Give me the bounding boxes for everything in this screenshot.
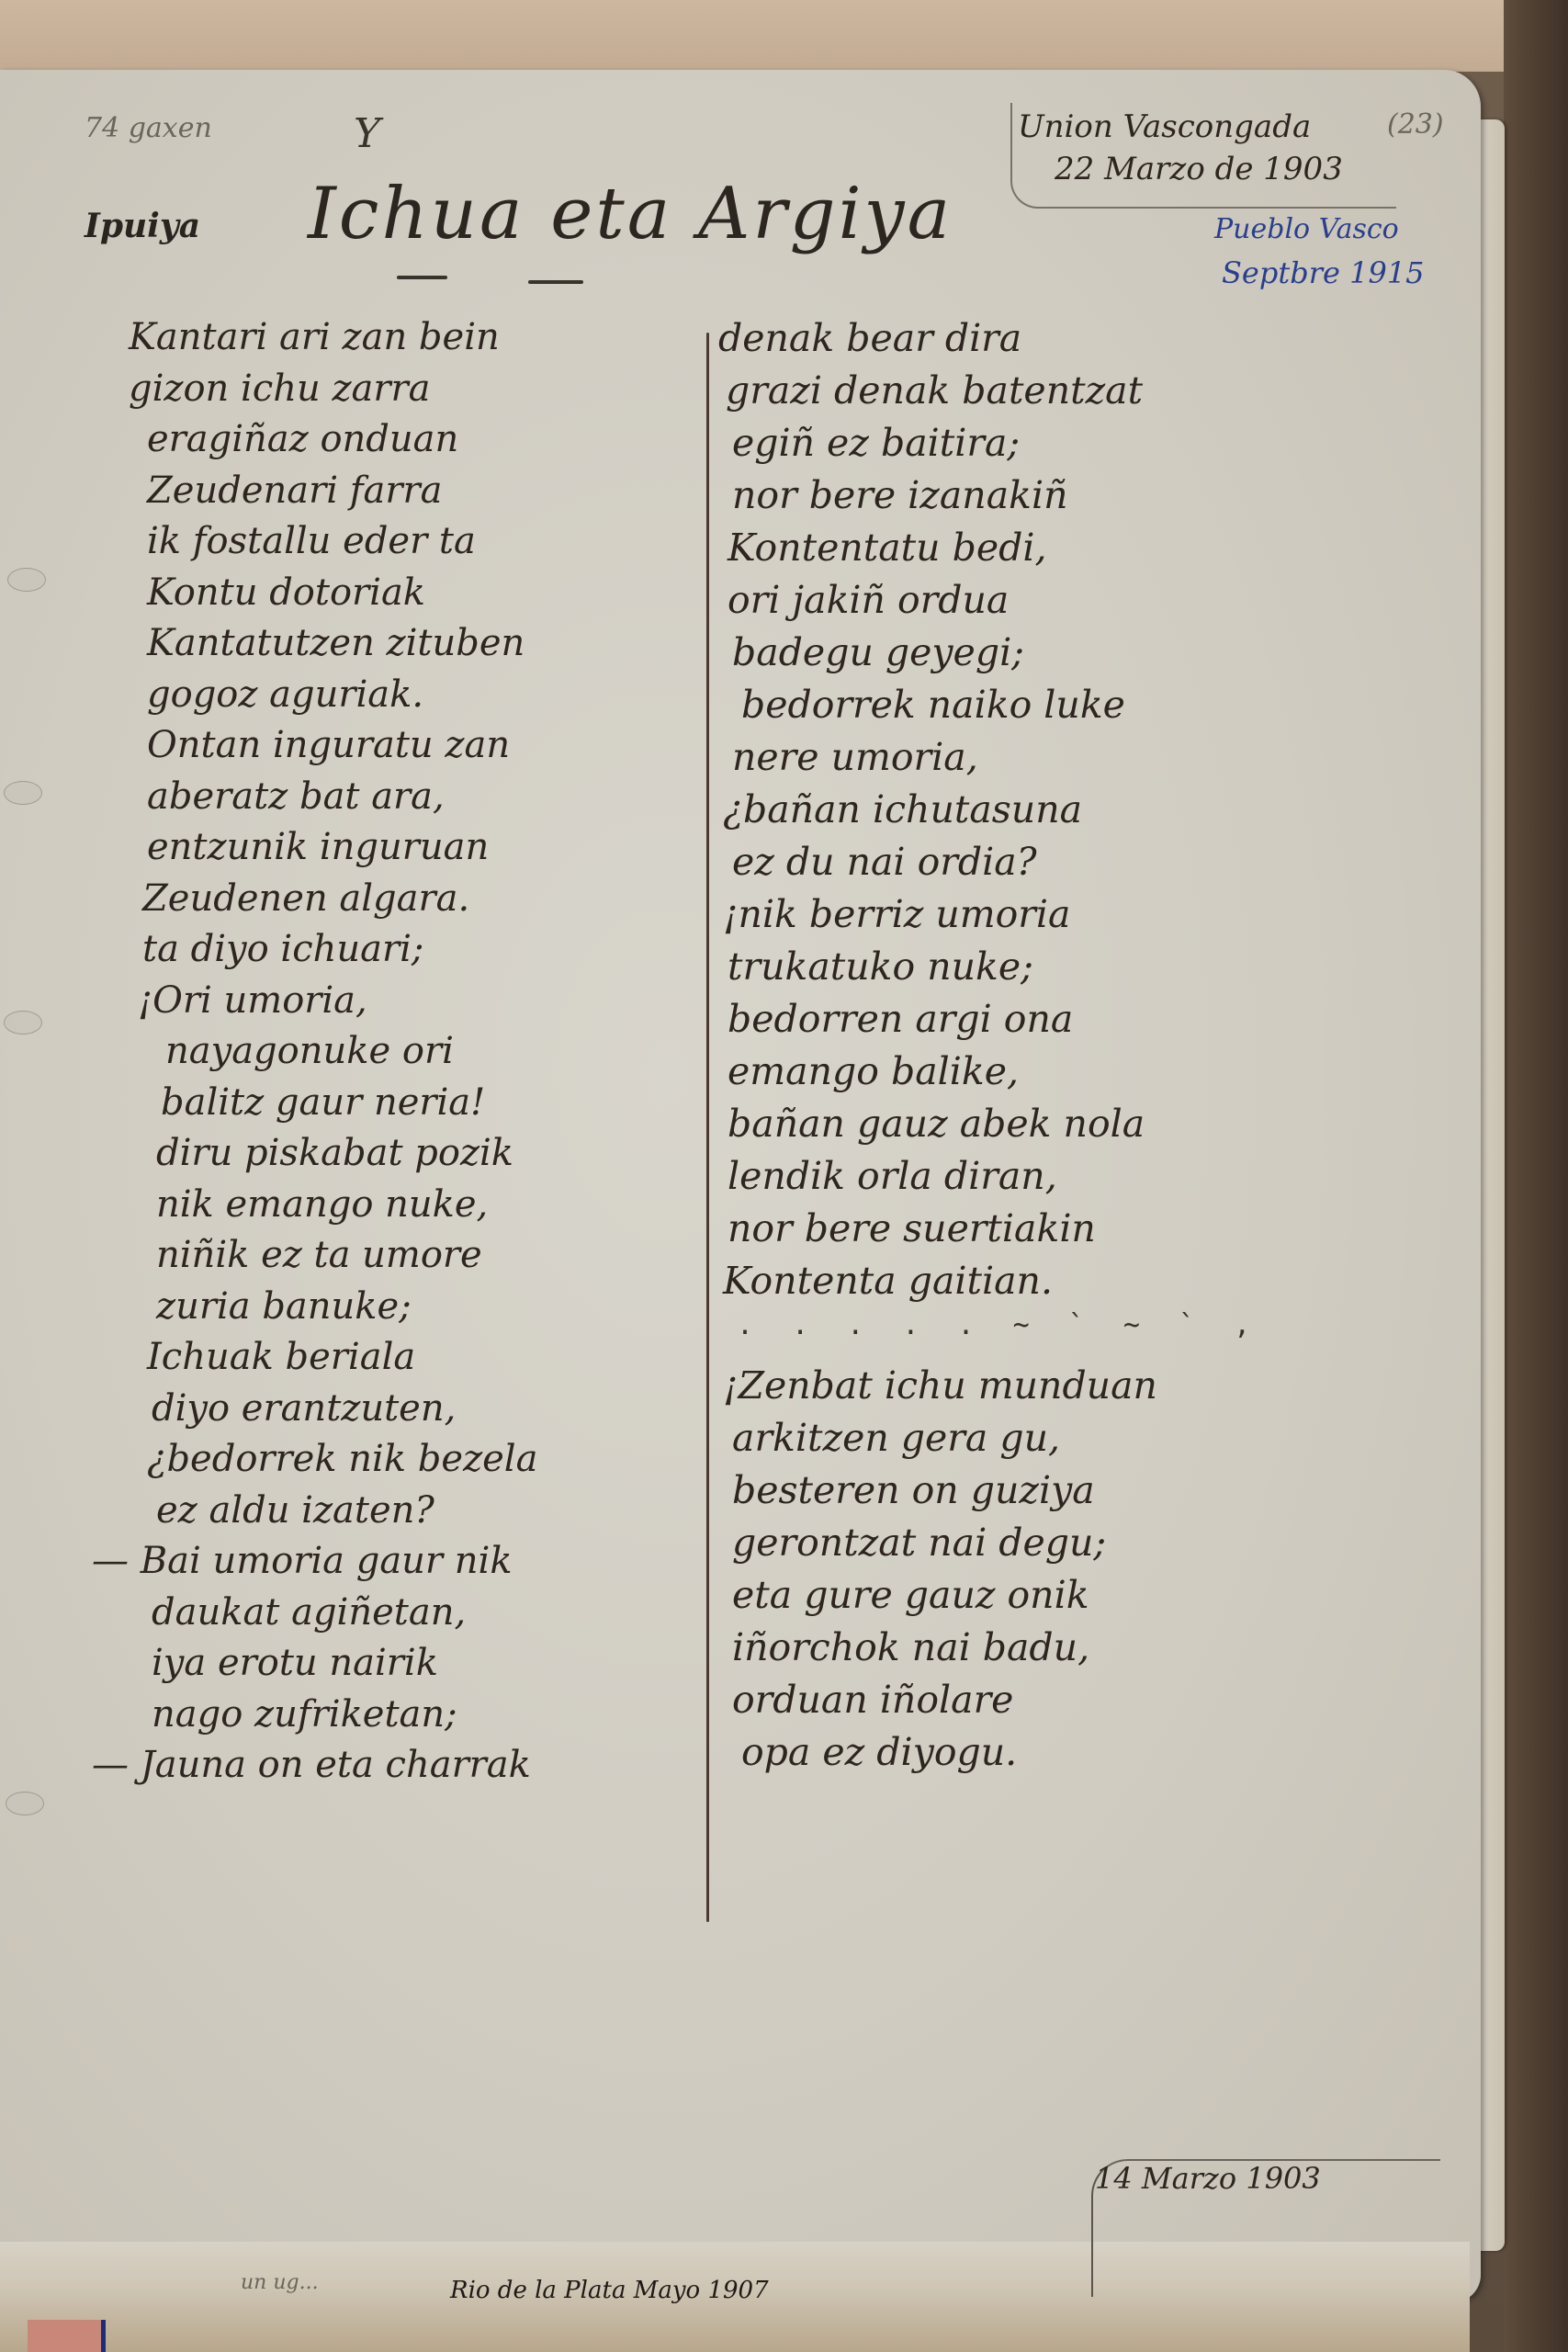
verse-line: Ichuak beriala — [129, 1332, 537, 1384]
verse-line: Kantari ari zan bein — [129, 312, 537, 364]
verse-line: niñik ez ta umore — [129, 1230, 537, 1282]
corner-page-number: (23) — [1387, 108, 1444, 141]
verse-line: — Jauna on eta charrak — [92, 1740, 537, 1792]
verse-line: lendik orla diran, — [718, 1150, 1261, 1203]
source-stamp-date: 22 Marzo de 1903 — [1055, 151, 1343, 187]
verse-line: eta gure gauz onik — [718, 1569, 1261, 1622]
poem-right-column: denak bear dira grazi denak batentzat eg… — [718, 312, 1261, 1779]
verse-line: entzunik inguruan — [129, 822, 537, 874]
verse-line: diru piskabat pozik — [129, 1128, 537, 1180]
binding-hole — [4, 781, 42, 805]
binding-hole — [6, 1792, 44, 1815]
column-divider-line — [706, 333, 709, 1922]
background-surface — [0, 0, 1568, 72]
photo-scene: 74 gaxen Ipuiya Y Ichua eta Argiya Union… — [0, 0, 1568, 2352]
verse-line: nayagonuke ori — [129, 1026, 537, 1078]
verse-line: besteren on guziya — [718, 1464, 1261, 1517]
verse-line: ez aldu izaten? — [129, 1486, 537, 1537]
verse-line: ik fostallu eder ta — [129, 516, 537, 568]
verse-line: nik emango nuke, — [129, 1180, 537, 1231]
verse-line: iya erotu nairik — [129, 1638, 537, 1690]
publication-note-title: Pueblo Vasco — [1214, 213, 1399, 245]
binding-hole — [7, 568, 46, 592]
verse-line: grazi denak batentzat — [718, 365, 1261, 417]
verse-line: iñorchok nai badu, — [718, 1622, 1261, 1674]
footer-origin-note: Rio de la Plata Mayo 1907 — [450, 2277, 769, 2304]
color-swatch-red — [28, 2320, 101, 2352]
title-underline — [397, 276, 447, 279]
verse-line: ez du nai ordia? — [718, 836, 1261, 888]
verse-line: Kontenta gaitian. — [718, 1255, 1261, 1307]
verse-line: denak bear dira — [718, 312, 1261, 365]
verse-line: ¡Zenbat ichu munduan — [718, 1360, 1261, 1412]
page-number-note: 74 gaxen — [85, 112, 212, 144]
verse-line: ¿bañan ichutasuna — [718, 784, 1261, 836]
verse-line: gizon ichu zarra — [129, 364, 537, 415]
verse-line: aberatz bat ara, — [129, 772, 537, 823]
verse-line: nor bere suertiakin — [718, 1203, 1261, 1255]
verse-line: — Bai umoria gaur nik — [92, 1536, 537, 1588]
verse-line: gerontzat nai degu; — [718, 1517, 1261, 1569]
poem-title: Ichua eta Argiya — [308, 173, 953, 255]
verse-line: ¡Ori umoria, — [129, 976, 537, 1027]
verse-line: badegu geyegi; — [718, 627, 1261, 679]
verse-line: nere umoria, — [718, 731, 1261, 784]
verse-line: ta diyo ichuari; — [129, 924, 537, 976]
poem-left-column: Kantari ari zan bein gizon ichu zarra er… — [129, 312, 537, 1792]
verse-line: nago zufriketan; — [129, 1690, 537, 1741]
verse-line: Kontu dotoriak — [129, 568, 537, 619]
color-swatch-blue — [101, 2320, 106, 2352]
verse-line: nor bere izanakiñ — [718, 469, 1261, 522]
stanza-separator-marks: . . . . . ~ ` ~ ` , — [718, 1307, 1261, 1360]
genre-label: Ipuiya — [85, 207, 200, 245]
publication-note-date: Septbre 1915 — [1222, 255, 1425, 290]
source-stamp-line1: Union Vascongada — [1018, 108, 1311, 145]
footer-faint-note: un ug... — [241, 2271, 319, 2294]
verse-line: ¿bedorrek nik bezela — [129, 1434, 537, 1486]
verse-line: ori jakiñ ordua — [718, 574, 1261, 627]
verse-line: gogoz aguriak. — [129, 670, 537, 721]
bottom-date-note: 14 Marzo 1903 — [1095, 2161, 1321, 2196]
verse-line: Kantatutzen zituben — [129, 618, 537, 670]
verse-line: Ontan inguratu zan — [129, 720, 537, 772]
verse-line: zuria banuke; — [129, 1282, 537, 1333]
verse-line: eragiñaz onduan — [129, 414, 537, 466]
background-shadow — [1504, 0, 1568, 2352]
verse-line: daukat agiñetan, — [129, 1588, 537, 1639]
verse-line: diyo erantzuten, — [129, 1384, 537, 1435]
binding-hole — [4, 1011, 42, 1035]
verse-line: Zeudenen algara. — [129, 874, 537, 925]
verse-line: arkitzen gera gu, — [718, 1412, 1261, 1464]
verse-line: opa ez diyogu. — [718, 1726, 1261, 1779]
verse-line: orduan iñolare — [718, 1674, 1261, 1726]
verse-line: emango balike, — [718, 1046, 1261, 1098]
verse-line: bedorren argi ona — [718, 993, 1261, 1046]
title-prefix-mark: Y — [354, 110, 380, 157]
title-underline — [528, 280, 583, 284]
verse-line: trukatuko nuke; — [718, 941, 1261, 993]
verse-line: bedorrek naiko luke — [718, 679, 1261, 731]
verse-line: Zeudenari farra — [129, 466, 537, 517]
verse-line: bañan gauz abek nola — [718, 1098, 1261, 1150]
verse-line: balitz gaur neria! — [129, 1078, 537, 1129]
verse-line: egiñ ez baitira; — [718, 417, 1261, 469]
verse-line: ¡nik berriz umoria — [718, 888, 1261, 941]
verse-line: Kontentatu bedi, — [718, 522, 1261, 574]
